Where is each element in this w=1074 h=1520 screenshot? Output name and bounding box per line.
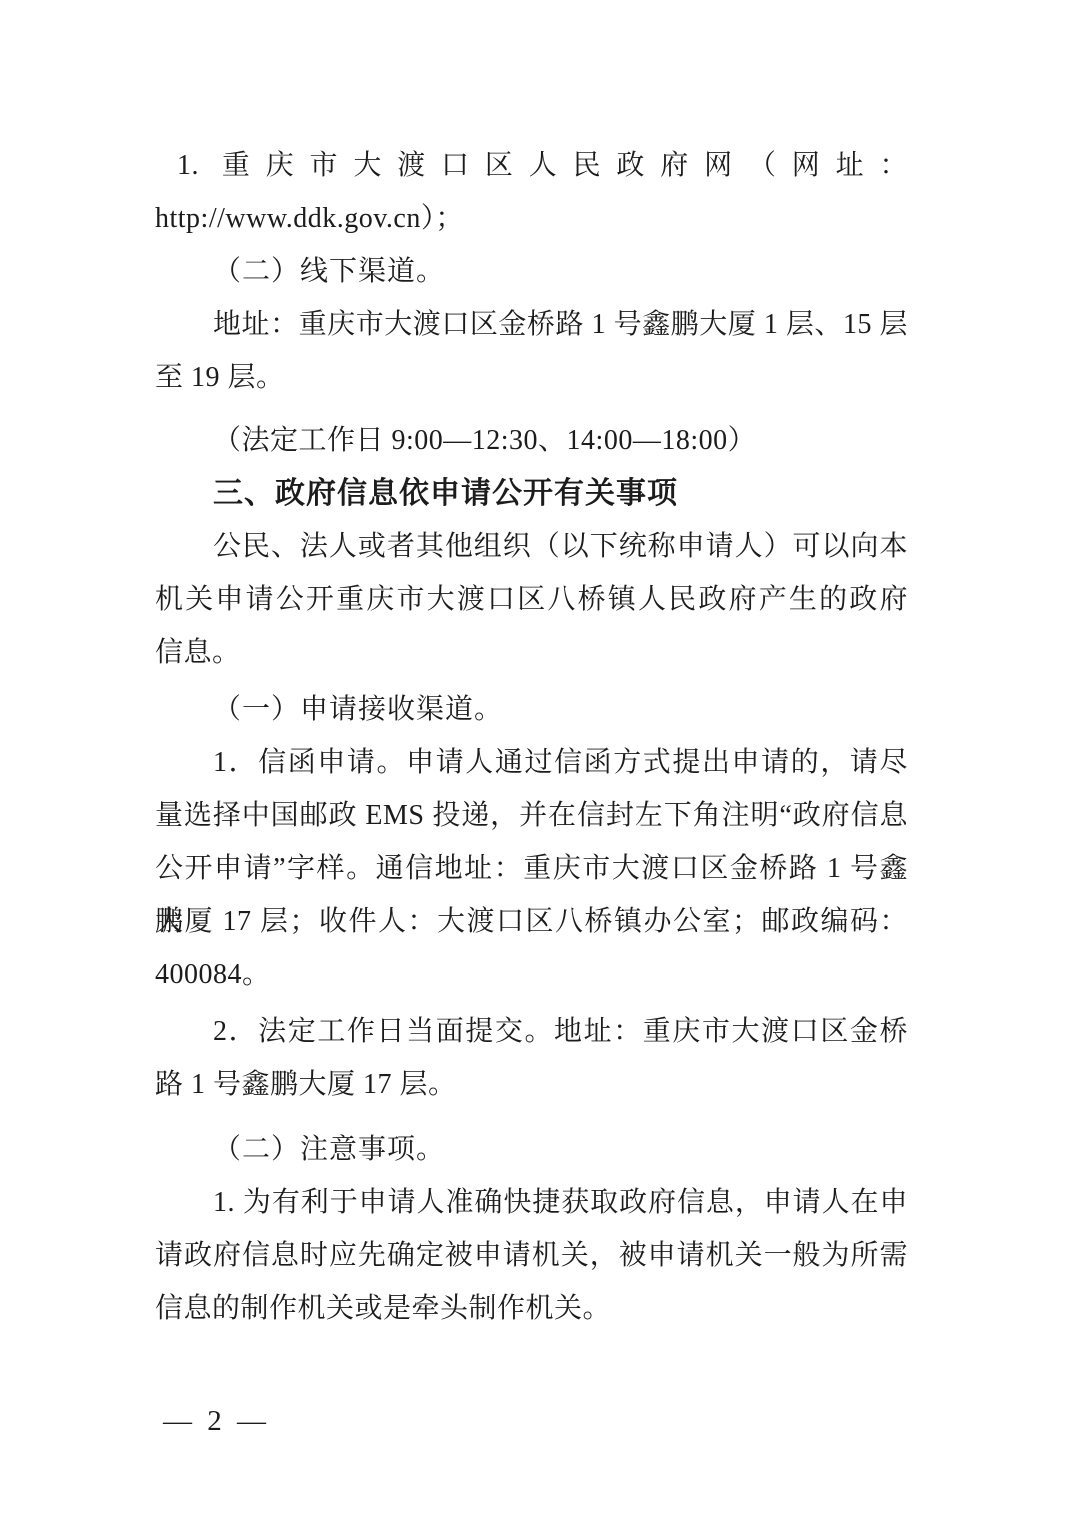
- paragraph-note-1-line-1: 1. 为有利于申请人准确快捷获取政府信息，申请人在申: [155, 1176, 908, 1229]
- paragraph-note-1-line-3: 信息的制作机关或是牵头制作机关。: [155, 1282, 908, 1335]
- paragraph-mail-application-2: 量选择中国邮政 EMS 投递，并在信封左下角注明“政府信息: [155, 789, 908, 842]
- line-postal-code: 400084。: [155, 948, 908, 1001]
- line-gov-website-url: http://www.ddk.gov.cn）；: [155, 192, 908, 245]
- paragraph-applicants-1: 公民、法人或者其他组织（以下统称申请人）可以向本: [155, 520, 908, 573]
- paragraph-applicants-3: 信息。: [155, 626, 908, 679]
- subheading-offline-channel: （二）线下渠道。: [155, 245, 908, 298]
- paragraph-mail-application-1: 1．信函申请。申请人通过信函方式提出申请的，请尽: [155, 736, 908, 789]
- paragraph-in-person-1: 2．法定工作日当面提交。地址：重庆市大渡口区金桥: [155, 1005, 908, 1058]
- paragraph-mail-application-4: 大厦 17 层；收件人：大渡口区八桥镇办公室；邮政编码：: [155, 895, 908, 948]
- page-number: — 2 —: [163, 1405, 270, 1438]
- subheading-receiving-channels: （一）申请接收渠道。: [155, 683, 908, 736]
- paragraph-note-1-line-2: 请政府信息时应先确定被申请机关，被申请机关一般为所需: [155, 1229, 908, 1282]
- line-offline-address-2: 至 19 层。: [155, 351, 908, 404]
- line-working-hours: （法定工作日 9:00—12:30、14:00—18:00）: [155, 414, 908, 467]
- paragraph-applicants-2: 机关申请公开重庆市大渡口区八桥镇人民政府产生的政府: [155, 573, 908, 626]
- document-page: 1. 重庆市大渡口区人民政府网（网址： http://www.ddk.gov.c…: [0, 0, 1074, 1520]
- paragraph-mail-application-3: 公开申请”字样。通信地址：重庆市大渡口区金桥路 1 号鑫鹏: [155, 842, 908, 895]
- document-body: 1. 重庆市大渡口区人民政府网（网址： http://www.ddk.gov.c…: [155, 139, 908, 1335]
- line-offline-address-1: 地址：重庆市大渡口区金桥路 1 号鑫鹏大厦 1 层、15 层: [155, 298, 908, 351]
- section-heading-three: 三、政府信息依申请公开有关事项: [155, 467, 908, 520]
- subheading-notes: （二）注意事项。: [155, 1123, 908, 1176]
- line-gov-website-name: 1. 重庆市大渡口区人民政府网（网址：: [155, 139, 908, 192]
- paragraph-in-person-2: 路 1 号鑫鹏大厦 17 层。: [155, 1058, 908, 1111]
